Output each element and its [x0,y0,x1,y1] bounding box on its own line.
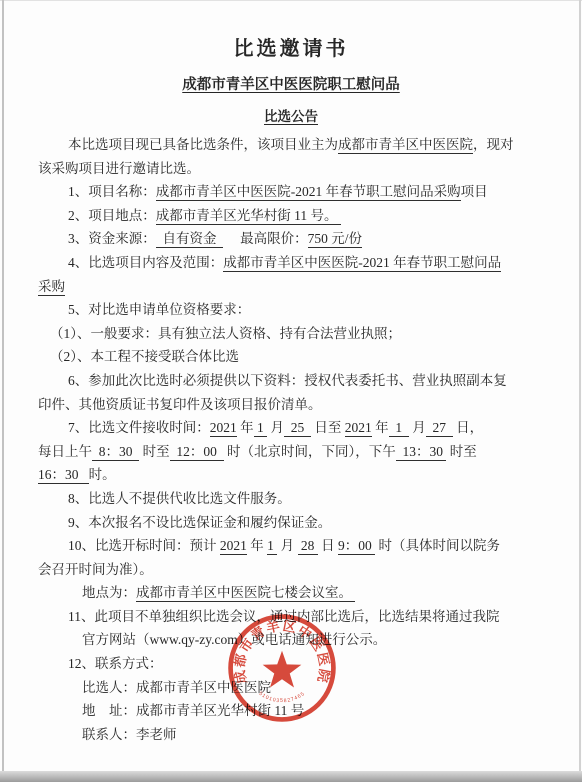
doc-line: 11、此项目不单独组织比选会议，通过内部比选后，比选结果将通过我院 [38,605,552,629]
underlined-text: 自有资金 [156,231,224,248]
underlined-text: 1 [389,420,409,437]
doc-line: 2、项目地点：成都市青羊区光华村街 11 号。 [38,204,552,228]
text: 8、比选人不提供代收比选文件服务。 [68,491,291,506]
underlined-text: 成都市青羊区中医医院 [338,137,473,154]
page-edge-top [0,0,582,1]
text: 联系人：李老师 [82,727,177,742]
text: ，现对 [473,137,514,152]
underlined-text: 2021 [220,538,247,555]
text: 2、项目地点： [68,208,156,223]
doc-line: 本比选项目现已具备比选条件，该项目业主为成都市青羊区中医医院，现对 [38,133,552,157]
doc-line: 印件、其他资质证书复印件及该项目报价清单。 [38,393,552,417]
text: 1、项目名称： [68,184,156,199]
underlined-text: 28 [298,538,318,555]
text: （2）、本工程不接受联合体比选 [50,349,239,364]
underlined-text: 750 元/份 [308,231,362,248]
document-title: 比选邀请书 [0,32,582,61]
doc-line: 联系人：李老师 [38,723,552,747]
text: 月 [409,420,426,435]
text: 官方网站（www.qy-zy.com）或电话通知进行公示。 [82,632,386,647]
doc-line: 会召开时间为准）。 [38,558,552,582]
text: 9、本次报名不设比选保证金和履约保证金。 [68,515,331,530]
underlined-text: 16：30 [38,467,89,484]
underlined-text: 1 [254,420,268,437]
page-edge-right [579,0,581,782]
underlined-text: 成都市青羊区中医医院-2021 年春节职工慰问品 [223,255,501,272]
document-subtitle: 成都市青羊区中医医院职工慰问品 [0,73,582,94]
text: 每日上午 [38,444,92,459]
underlined-text: 12：00 [170,444,224,461]
underlined-text: 成都市青羊区光华村街 11 号。 [156,208,341,225]
text: 时（具体时间以院务 [375,538,500,553]
text: 时至 [446,444,476,459]
doc-line: 该采购项目进行邀请比选。 [38,157,552,181]
underlined-text: 成都市青羊区中医医院七楼会议室。 [136,585,355,602]
doc-line: 1、项目名称：成都市青羊区中医医院-2021 年春节职工慰问品采购项目 [38,180,552,204]
underlined-text: 2021 [210,420,237,437]
text: 年 [237,420,254,435]
text: 11、此项目不单独组织比选会议，通过内部比选后，比选结果将通过我院 [68,609,500,624]
doc-line: 7、比选文件接收时间：2021 年 1 月 25 日至 2021 年 1 月 2… [38,416,552,440]
text: 3、资金来源： [68,231,156,246]
doc-line: 官方网站（www.qy-zy.com）或电话通知进行公示。 [38,628,552,652]
underlined-text: 采购 [38,279,65,296]
text: 最高限价： [223,231,307,246]
underlined-text: 13：30 [396,444,447,461]
underlined-text: 8：30 [92,444,139,461]
text: 月 [267,420,284,435]
doc-line: 地点为：成都市青羊区中医医院七楼会议室。 [38,581,552,605]
doc-line: 8、比选人不提供代收比选文件服务。 [38,487,552,511]
text: 地点为： [82,585,136,600]
doc-line: 16：30 时。 [38,463,552,487]
doc-line: （1）、一般要求：具有独立法人资格、持有合法营业执照； [38,322,552,346]
text: 时（北京时间，下同），下午 [224,444,396,459]
underlined-text: 9：00 [338,538,375,555]
doc-line: 每日上午 8：30 时至 12：00 时（北京时间，下同），下午 13：30 时… [38,440,552,464]
text: 年 [247,538,267,553]
text: 5、对比选申请单位资格要求： [68,302,250,317]
document-body: 本比选项目现已具备比选条件，该项目业主为成都市青羊区中医医院，现对该采购项目进行… [38,133,552,746]
document-page: 比选邀请书 成都市青羊区中医医院职工慰问品 比选公告 本比选项目现已具备比选条件… [0,0,582,782]
text: 项目 [461,184,488,199]
page-edge-left [2,0,4,782]
text: 12、联系方式： [68,656,163,671]
page-edge-bottom [0,771,582,782]
doc-line: 采购 [38,275,552,299]
doc-line: 比选人：成都市青羊区中医医院 [38,676,552,700]
doc-line: 4、比选项目内容及范围：成都市青羊区中医医院-2021 年春节职工慰问品 [38,251,552,275]
underlined-text: 成都市青羊区中医医院-2021 年春节职工慰问品采购 [156,184,461,201]
doc-line: （2）、本工程不接受联合体比选 [38,345,552,369]
underlined-text: 27 [426,420,453,437]
text: 年 [372,420,389,435]
text: 比选人：成都市青羊区中医医院 [82,680,271,695]
doc-line: 9、本次报名不设比选保证金和履约保证金。 [38,511,552,535]
doc-line: 10、比选开标时间：预计 2021 年 1 月 28 日 9：00 时（具体时间… [38,534,552,558]
text: 日， [453,420,483,435]
doc-line: 12、联系方式： [38,652,552,676]
text: 日 [318,538,338,553]
underlined-text: 25 [284,420,311,437]
text: 日至 [311,420,345,435]
text: 7、比选文件接收时间： [68,420,210,435]
text: 会召开时间为准）。 [38,562,153,577]
text: 本比选项目现已具备比选条件，该项目业主为 [68,137,338,152]
text: （1）、一般要求：具有独立法人资格、持有合法营业执照； [50,326,401,341]
doc-line: 地 址：成都市青羊区光华村街 11 号 [38,699,552,723]
text: 时。 [89,467,116,482]
text: 该采购项目进行邀请比选。 [38,161,200,176]
doc-line: 6、参加此次比选时必须提供以下资料：授权代表委托书、营业执照副本复 [38,369,552,393]
text: 印件、其他资质证书复印件及该项目报价清单。 [38,397,322,412]
text: 10、比选开标时间：预计 [68,538,220,553]
section-heading: 比选公告 [0,105,582,125]
doc-line: 5、对比选申请单位资格要求： [38,298,552,322]
doc-line: 3、资金来源： 自有资金 最高限价：750 元/份 [38,227,552,251]
underlined-text: 2021 [345,420,372,437]
underlined-text: 1 [267,538,277,555]
text: 月 [277,538,297,553]
text: 时至 [139,444,169,459]
text: 6、参加此次比选时必须提供以下资料：授权代表委托书、营业执照副本复 [68,373,507,388]
text: 地 址：成都市青羊区光华村街 11 号 [82,703,304,718]
text: 4、比选项目内容及范围： [68,255,223,270]
